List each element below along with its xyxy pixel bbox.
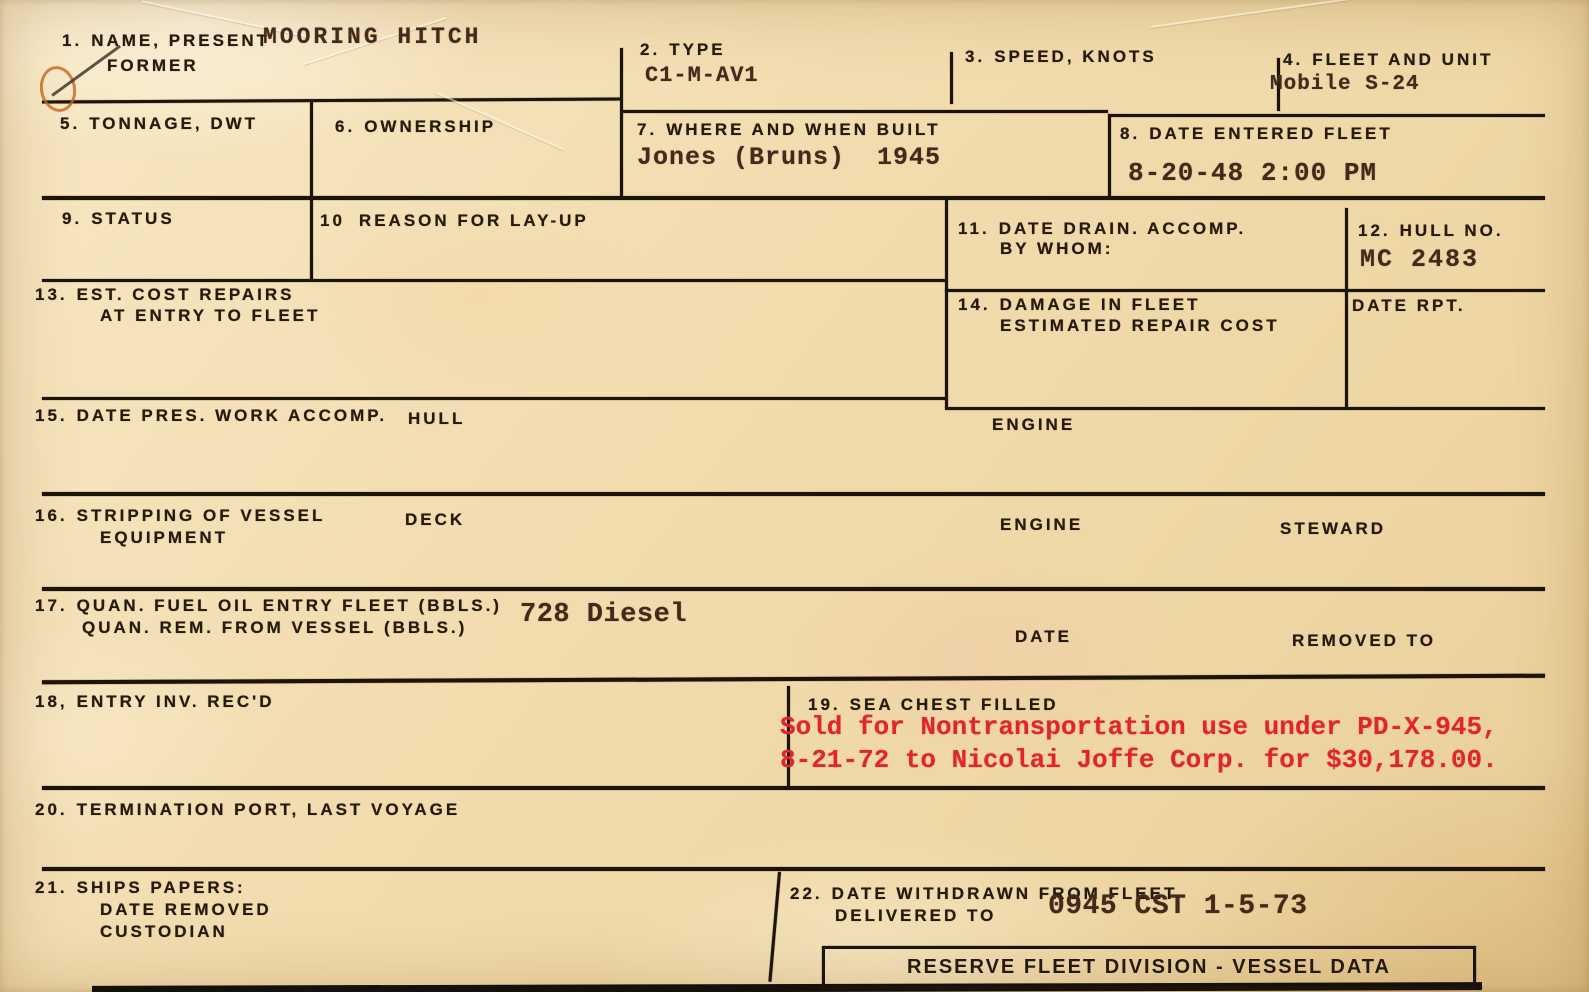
field-16-engine-label: ENGINE [1000, 515, 1083, 535]
field-17-date-label: DATE [1015, 627, 1072, 647]
rule-under-field15 [42, 492, 1545, 496]
field-21-label: 21.SHIPS PAPERS: [35, 878, 246, 898]
divider-field9-field10 [310, 200, 313, 280]
divider-field11-left [945, 200, 948, 408]
divider-field3 [950, 52, 953, 104]
field-21-sublabel-date-removed: DATE REMOVED [100, 900, 272, 920]
field-19-red-stamp-line2: 8-21-72 to Nicolai Joffe Corp. for $30,1… [780, 745, 1498, 775]
field-3-label: 3.SPEED, KNOTS [965, 47, 1157, 67]
field-1-number: 1. [62, 31, 82, 50]
vessel-data-card: 1.NAME, PRESENT FORMER MOORING HITCH 2.T… [0, 0, 1589, 992]
date-rpt-label: DATE RPT. [1352, 296, 1466, 316]
field-16-sublabel: EQUIPMENT [100, 528, 228, 548]
divider-field12-left [1345, 208, 1348, 408]
field-13-label: 13.EST. COST REPAIRS [35, 285, 295, 305]
field-20-label: 20.TERMINATION PORT, LAST VOYAGE [35, 800, 460, 820]
rule-top-field8 [1108, 114, 1545, 117]
divider-field2-field7 [620, 48, 623, 197]
paper-crease [1151, 0, 1349, 28]
field-14-label: 14.DAMAGE IN FLEET [958, 295, 1200, 315]
rule-under-field13 [42, 397, 945, 400]
rule-under-field9-10 [42, 279, 945, 282]
field-16-label: 16.STRIPPING OF VESSEL [35, 506, 325, 526]
field-4-label: 4.FLEET AND UNIT [1283, 50, 1493, 70]
field-19-red-stamp-line1: Sold for Nontransportation use under PD-… [780, 712, 1498, 742]
field-12-value: MC 2483 [1360, 245, 1479, 274]
rule-row3-top [42, 196, 1545, 200]
field-14-sublabel: ESTIMATED REPAIR COST [1000, 316, 1280, 336]
divider-field5-field6 [310, 101, 313, 197]
rule-under-field20 [42, 867, 1545, 871]
field-6-label: 6.OWNERSHIP [335, 117, 496, 137]
rule-under-field18-19 [42, 786, 1545, 790]
field-15-label: 15.DATE PRES. WORK ACCOMP. [35, 406, 387, 426]
field-1-label: 1.NAME, PRESENT [62, 31, 270, 51]
field-18-label: 18,ENTRY INV. REC'D [35, 692, 274, 712]
field-16-deck-label: DECK [405, 510, 465, 530]
field-17-label: 17.QUAN. FUEL OIL ENTRY FLEET (BBLS.) [35, 596, 502, 616]
field-4-value: Mobile S-24 [1270, 73, 1420, 96]
rule-under-field11-12 [945, 289, 1545, 292]
field-8-label: 8.DATE ENTERED FLEET [1120, 124, 1393, 144]
rule-under-field16 [42, 587, 1545, 591]
field-8-value: 8-20-48 2:00 PM [1128, 158, 1377, 188]
field-10-label: 10REASON FOR LAY-UP [320, 211, 589, 231]
banner-title: RESERVE FLEET DIVISION - VESSEL DATA [907, 956, 1391, 979]
field-11-sublabel: BY WHOM: [1000, 239, 1113, 259]
field-1-value: MOORING HITCH [263, 24, 481, 50]
field-11-label: 11.DATE DRAIN. ACCOMP. [958, 219, 1246, 239]
field-5-label: 5.TONNAGE, DWT [60, 114, 258, 134]
field-2-label: 2.TYPE [640, 40, 726, 60]
field-9-label: 9.STATUS [62, 209, 175, 229]
field-15-engine-label: ENGINE [992, 415, 1075, 435]
field-1-sublabel: FORMER [107, 56, 199, 76]
field-16-steward-label: STEWARD [1280, 519, 1386, 539]
field-7-value: Jones (Bruns) 1945 [637, 143, 941, 172]
rule-under-field17 [42, 674, 1545, 685]
field-17-removed-to-label: REMOVED TO [1292, 631, 1436, 651]
field-17-sublabel: QUAN. REM. FROM VESSEL (BBLS.) [82, 618, 467, 638]
rule-under-field14 [945, 407, 1545, 410]
field-22-value: 0945 CST 1-5-73 [1048, 891, 1308, 922]
field-13-sublabel: AT ENTRY TO FLEET [100, 306, 320, 326]
field-21-sublabel-custodian: CUSTODIAN [100, 922, 228, 942]
field-2-value: C1-M-AV1 [645, 63, 759, 88]
rule-under-field1 [42, 97, 622, 103]
field-7-label: 7.WHERE AND WHEN BUILT [637, 120, 941, 140]
field-15-hull-label: HULL [408, 409, 465, 429]
field-12-label: 12.HULL NO. [1358, 221, 1504, 241]
rule-top-field7 [622, 110, 1108, 113]
divider-field7-field8 [1108, 114, 1111, 197]
banner-box: RESERVE FLEET DIVISION - VESSEL DATA [822, 946, 1476, 989]
divider-field21-field22 [768, 872, 781, 982]
field-22-sublabel: DELIVERED TO [835, 906, 996, 926]
field-17-value: 728 Diesel [520, 600, 687, 630]
